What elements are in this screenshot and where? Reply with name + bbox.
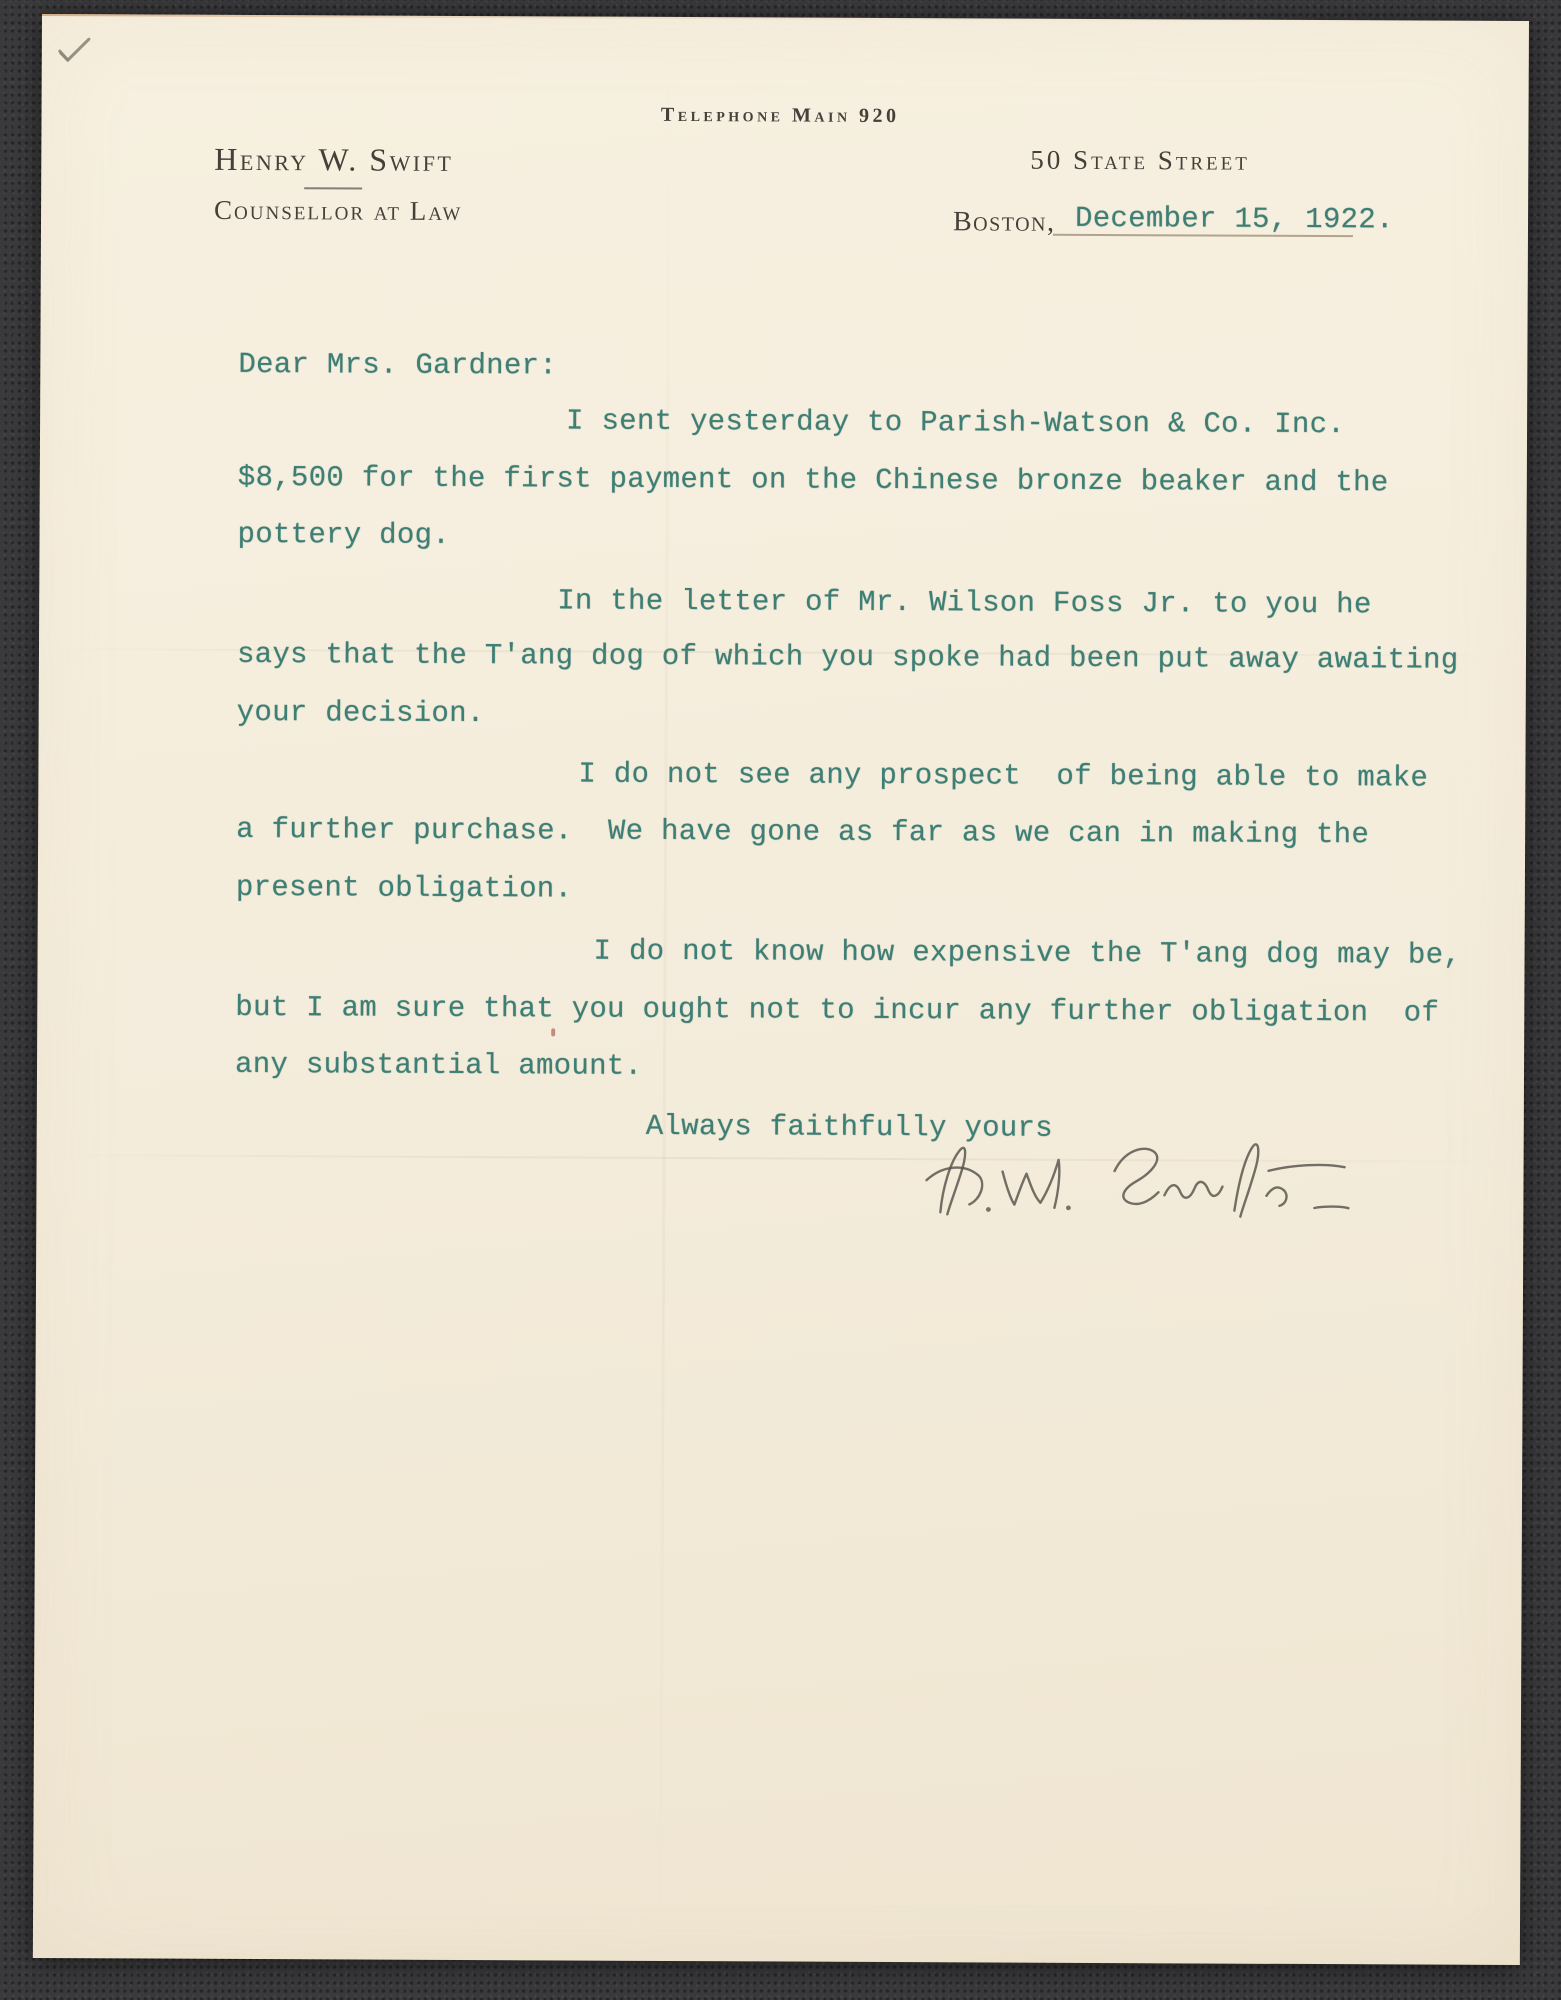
letter-line: but I am sure that you ought not to incu… <box>235 991 1439 1031</box>
letterhead-city: Boston, <box>953 206 1056 238</box>
letterhead-telephone: Telephone Main 920 <box>661 104 900 128</box>
salutation: Dear Mrs. Gardner: <box>238 348 557 384</box>
letter-line: a further purchase. We have gone as far … <box>236 813 1369 852</box>
letter-line: any substantial amount. <box>235 1048 642 1084</box>
checkmark-pencil-icon <box>56 35 94 65</box>
letter-paper: Telephone Main 920 Henry W. Swift Counse… <box>33 14 1529 1965</box>
letter-line: pottery dog. <box>237 518 450 553</box>
letter-line: I do not see any prospect of being able … <box>578 758 1428 796</box>
letterhead-divider <box>304 187 362 189</box>
letter-line: I sent yesterday to Parish-Watson & Co. … <box>566 404 1345 442</box>
signature-handwriting <box>916 1136 1356 1233</box>
stray-ink-mark <box>551 1028 555 1036</box>
letter-line: In the letter of Mr. Wilson Foss Jr. to … <box>557 584 1371 622</box>
scan-background: Telephone Main 920 Henry W. Swift Counse… <box>0 0 1561 2000</box>
letterhead-title: Counsellor at Law <box>214 195 462 227</box>
letter-line: your decision. <box>237 696 485 731</box>
letter-line: I do not know how expensive the T'ang do… <box>594 935 1462 973</box>
letter-line: says that the T'ang dog of which you spo… <box>237 638 1459 678</box>
fold-crease-vertical <box>659 17 671 1961</box>
letterhead-address: 50 State Street <box>1030 145 1250 177</box>
letter-line: $8,500 for the first payment on the Chin… <box>238 461 1389 500</box>
typed-date: December 15, 1922. <box>1075 202 1394 238</box>
letter-line: present obligation. <box>236 871 573 907</box>
letterhead-name: Henry W. Swift <box>214 141 453 179</box>
